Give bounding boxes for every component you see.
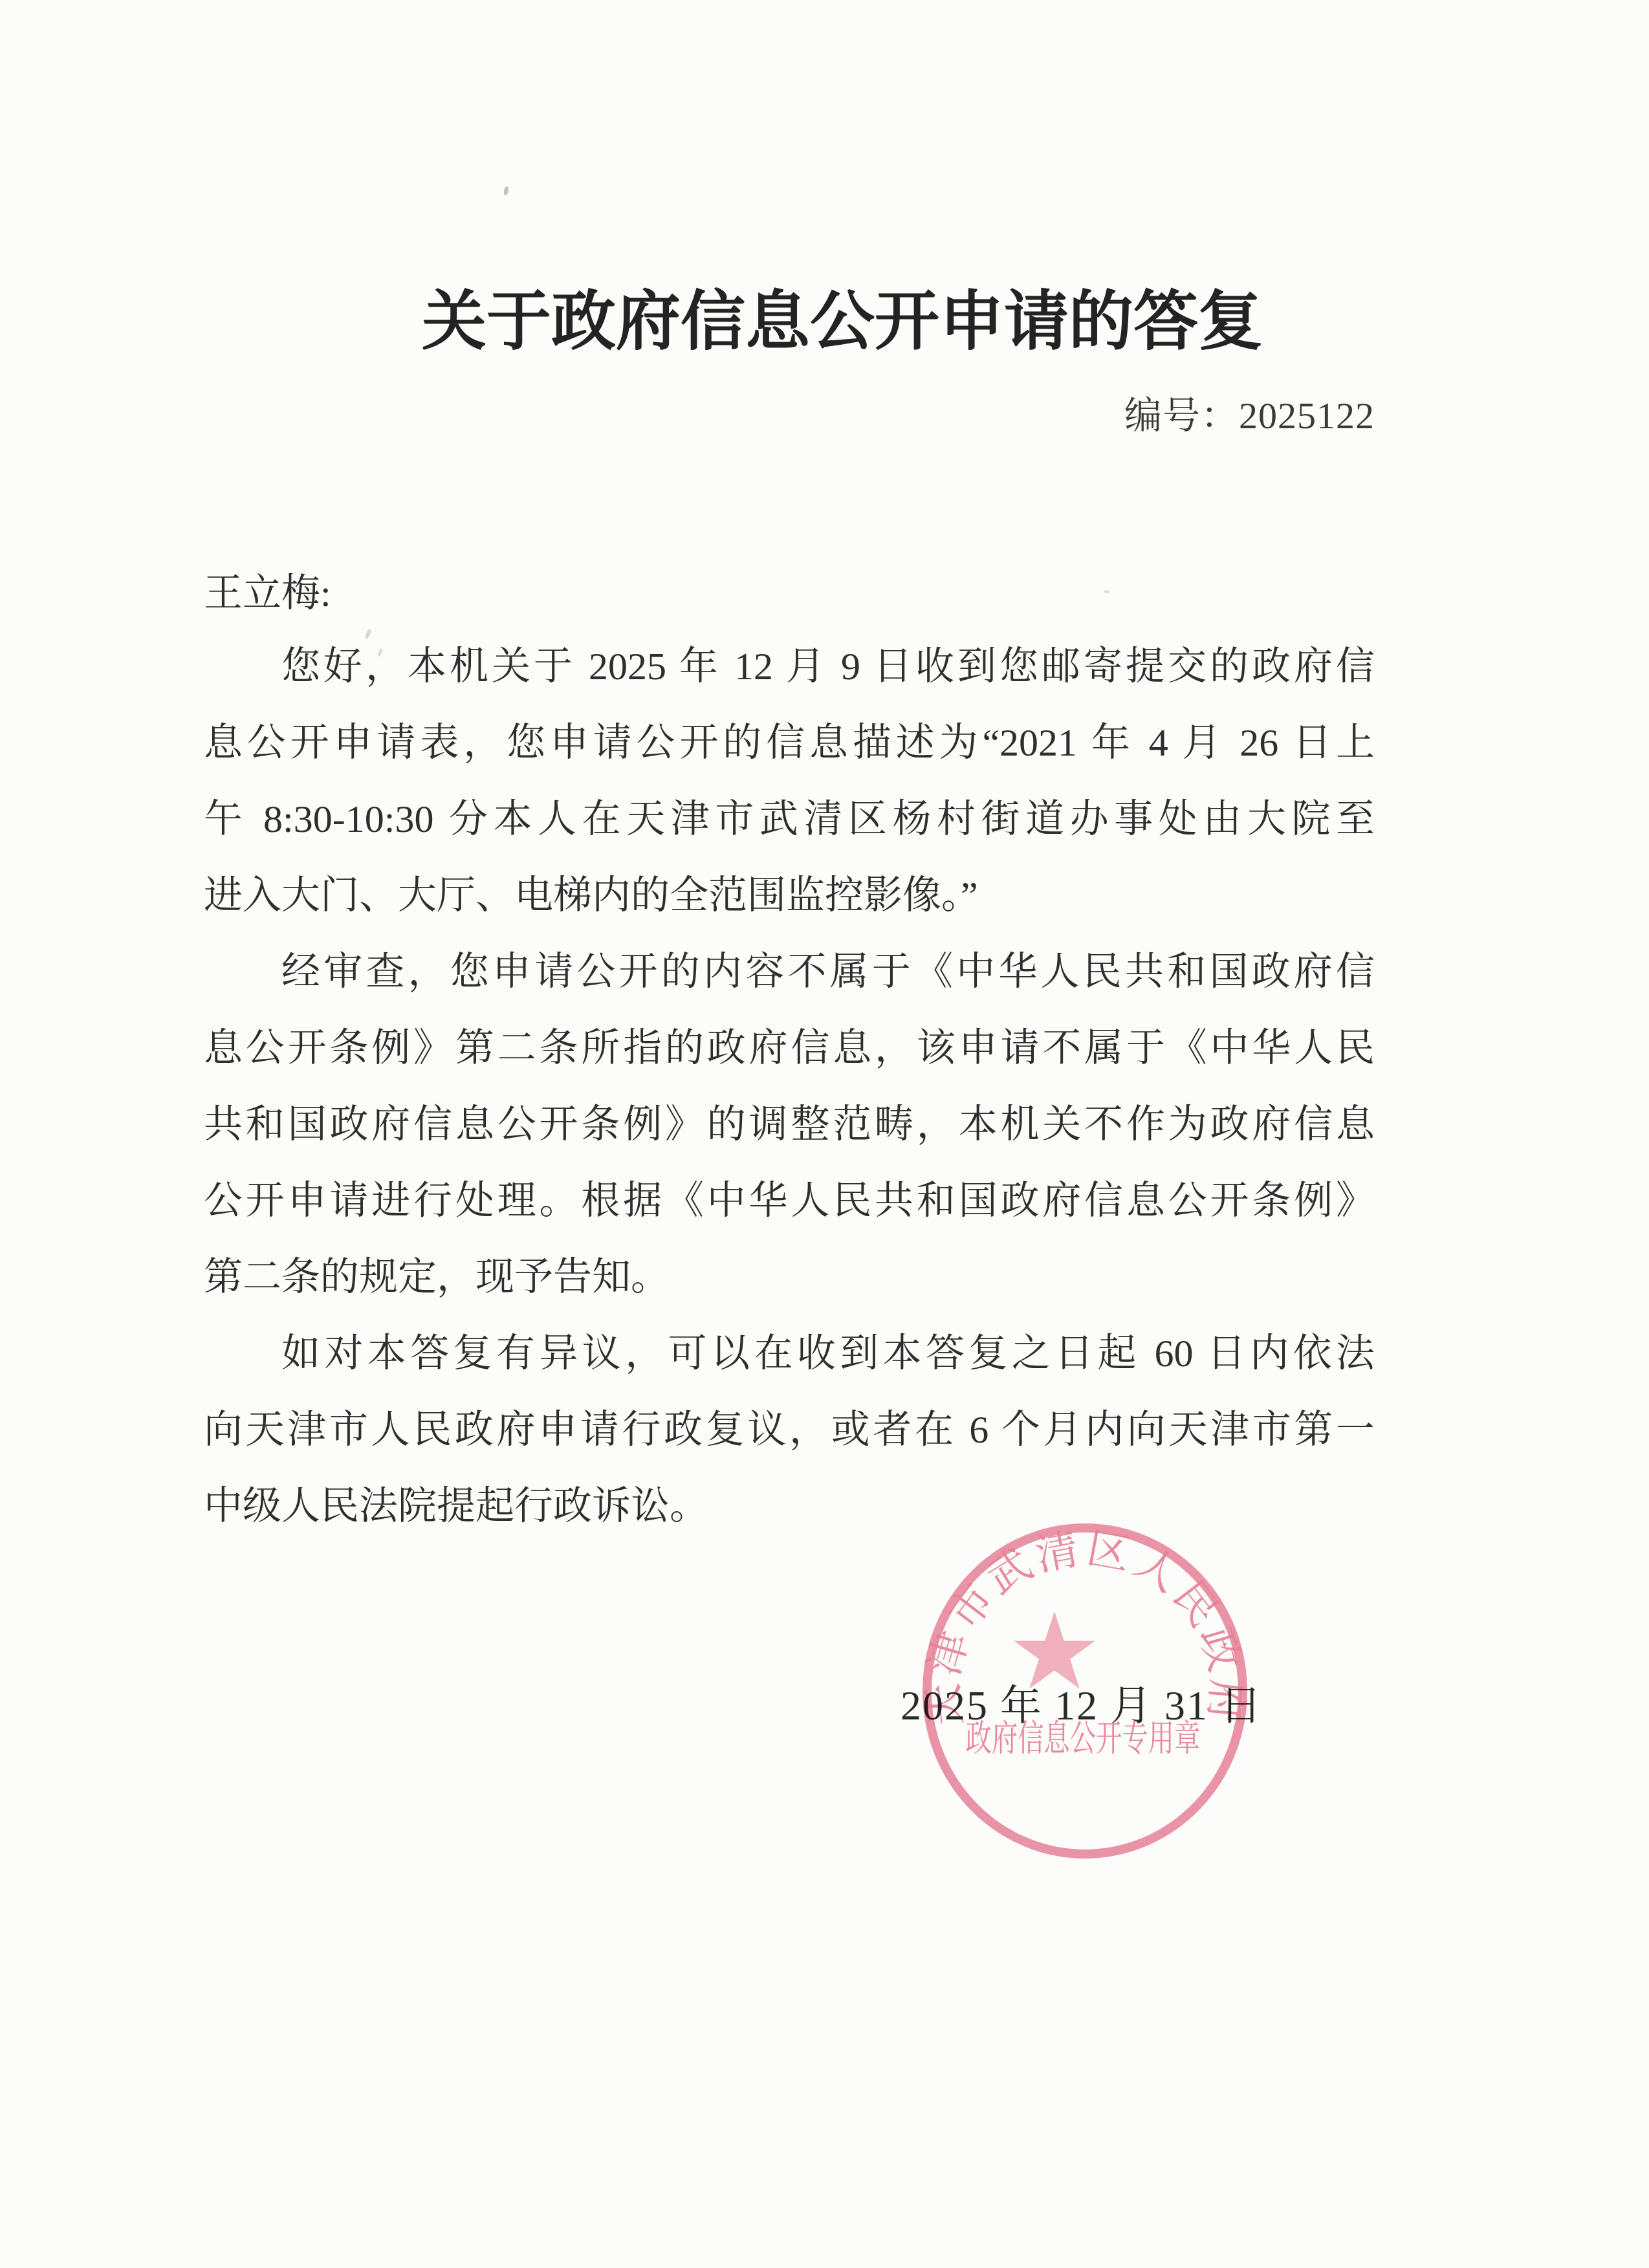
body-line-4: 进入大门、大厅、电梯内的全范围监控影像。” (204, 857, 1375, 933)
body-line-2: 息公开申请表，您申请公开的信息描述为“2021 年 4 月 26 日上 (204, 704, 1375, 781)
body-line-5: 经审查，您申请公开的内容不属于《中华人民共和国政府信 (204, 933, 1375, 1010)
seal-bottom-text: 政府信息公开专用章 (966, 1719, 1201, 1759)
letter-body: 您好，本机关于 2025 年 12 月 9 日收到您邮寄提交的政府信 息公开申请… (204, 628, 1375, 1544)
body-line-1: 您好，本机关于 2025 年 12 月 9 日收到您邮寄提交的政府信 (204, 628, 1375, 704)
salutation: 王立梅: (204, 555, 331, 631)
seal-ring-icon (927, 1528, 1243, 1854)
body-line-11: 向天津市人民政府申请行政复议，或者在 6 个月内向天津市第一 (204, 1391, 1375, 1468)
body-line-8: 公开申请进行处理。根据《中华人民共和国政府信息公开条例》 (204, 1162, 1375, 1239)
scan-speck (1104, 590, 1109, 593)
body-line-6: 息公开条例》第二条所指的政府信息，该申请不属于《中华人民 (204, 1010, 1375, 1086)
body-line-3: 午 8:30-10:30 分本人在天津市武清区杨村街道办事处由大院至 (204, 781, 1375, 857)
document-number-value: 2025122 (1239, 395, 1375, 437)
body-line-10: 如对本答复有异议，可以在收到本答复之日起 60 日内依法 (204, 1315, 1375, 1391)
document-number: 编号：2025122 (1124, 387, 1375, 445)
body-line-9: 第二条的规定，现予告知。 (204, 1239, 1375, 1315)
scanned-letter-page: 关于政府信息公开申请的答复 编号：2025122 王立梅: 您好，本机关于 20… (0, 0, 1649, 2268)
document-title: 关于政府信息公开申请的答复 (422, 269, 1263, 362)
scan-speck (503, 186, 510, 195)
seal-star-icon (1014, 1611, 1095, 1688)
document-number-label: 编号： (1124, 395, 1239, 437)
body-line-7: 共和国政府信息公开条例》的调整范畴，本机关不作为政府信息 (204, 1086, 1375, 1162)
official-seal: 天津市武清区人民政府 政府信息公开专用章 (891, 1497, 1279, 1885)
seal-ring-text: 天津市武清区人民政府 (919, 1525, 1250, 1728)
